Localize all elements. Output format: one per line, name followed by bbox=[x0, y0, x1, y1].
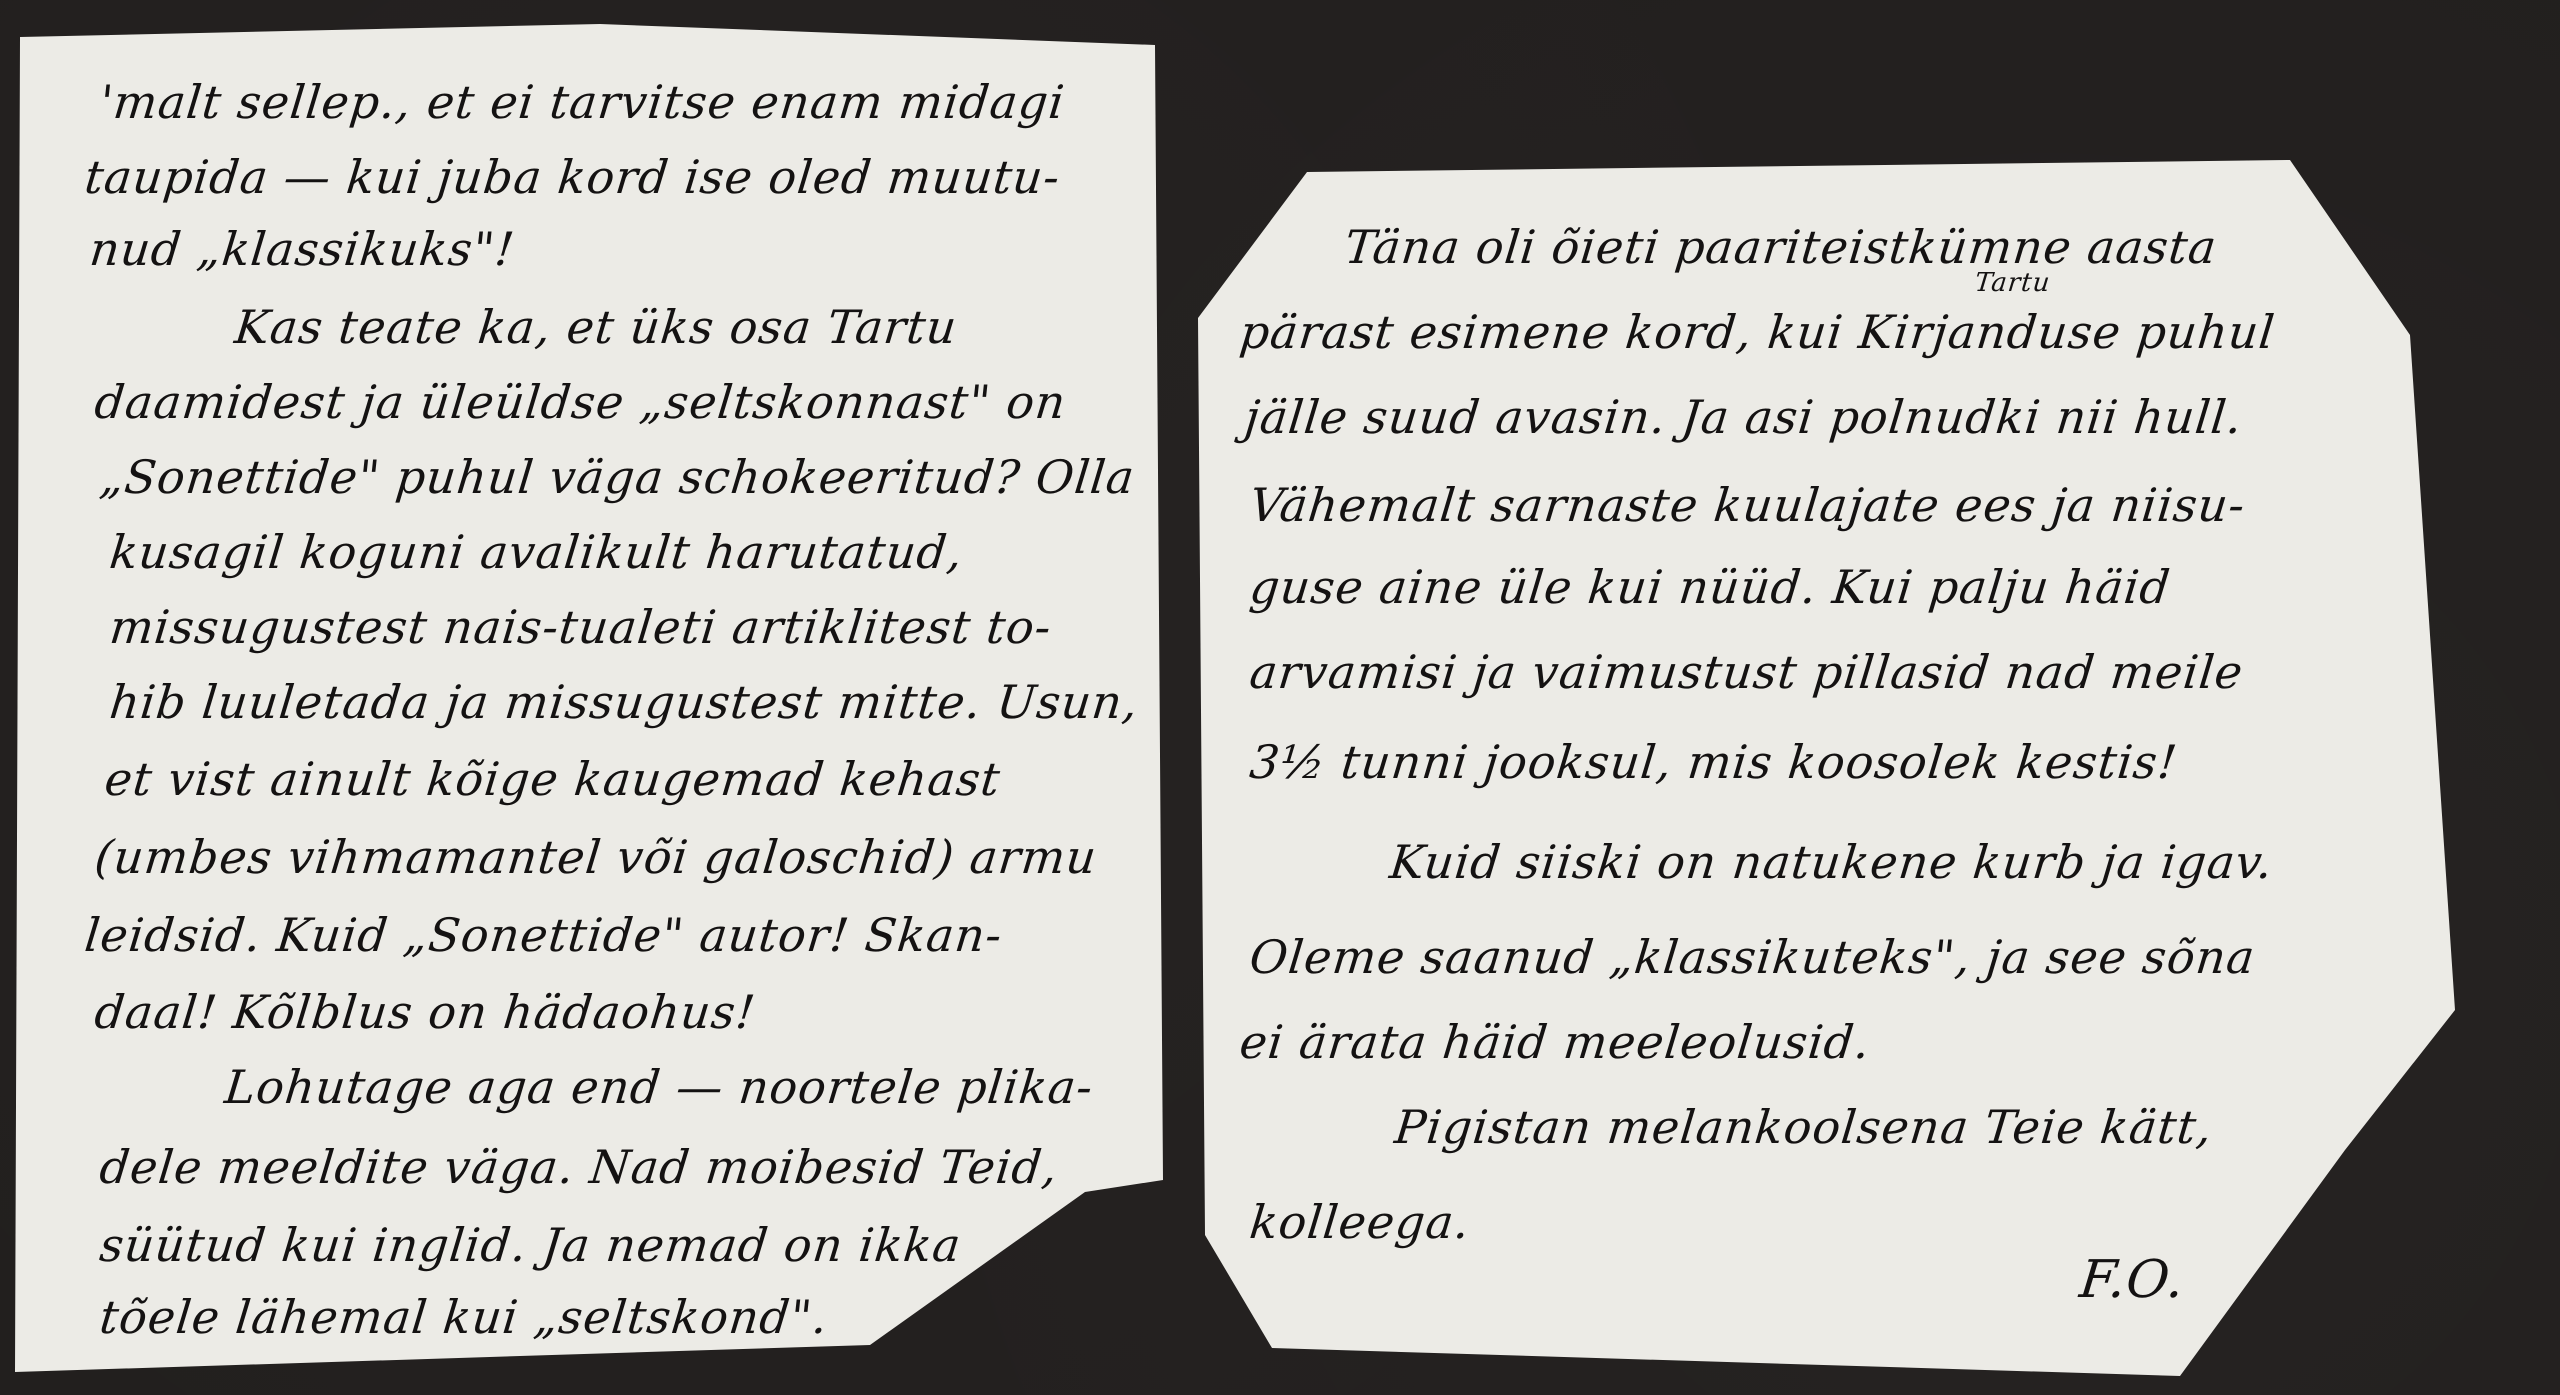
left-line-11: (umbes vihmamantel või galoschid) armu bbox=[92, 830, 1100, 884]
left-line-5: daamidest ja üleüldse „seltskonnast" on bbox=[92, 375, 1069, 429]
right-line-6: arvamisi ja vaimustust pillasid nad meil… bbox=[1247, 645, 2246, 699]
left-line-1: 'malt sellep., et ei tarvitse enam midag… bbox=[97, 75, 1067, 129]
right-line-2: pärast esimene kord, kui Kirjanduse puhu… bbox=[1237, 305, 2278, 359]
right-line-3: jälle suud avasin. Ja asi polnudki nii h… bbox=[1242, 390, 2245, 444]
right-line-12: kolleega. bbox=[1247, 1195, 1473, 1249]
right-line-7: 3½ tunni jooksul, mis koosolek kestis! bbox=[1247, 735, 2180, 789]
left-line-12: leidsid. Kuid „Sonettide" autor! Skan- bbox=[82, 908, 1005, 962]
left-line-14: Lohutage aga end — noortele plika- bbox=[222, 1060, 1096, 1114]
signature: F.O. bbox=[2077, 1250, 2188, 1310]
left-line-7: kusagil koguni avalikult harutatud, bbox=[107, 525, 966, 579]
left-line-16: süütud kui inglid. Ja nemad on ikka bbox=[97, 1218, 964, 1272]
right-line-8: Kuid siiski on natukene kurb ja igav. bbox=[1387, 835, 2276, 889]
right-line-11: Pigistan melankoolsena Teie kätt, bbox=[1392, 1100, 2215, 1154]
right-insertion-tartu: Tartu bbox=[1973, 268, 2052, 298]
left-line-13: daal! Kõlblus on hädaohus! bbox=[92, 985, 758, 1039]
right-line-4: Vähemalt sarnaste kuulajate ees ja niisu… bbox=[1247, 478, 2248, 532]
right-line-9: Oleme saanud „klassikuteks", ja see sõna bbox=[1247, 930, 2258, 984]
right-line-1: Täna oli õieti paariteistkümne aasta bbox=[1342, 220, 2220, 274]
left-line-6: „Sonettide" puhul väga schokeeritud? Oll… bbox=[97, 450, 1137, 504]
left-line-8: missugustest nais-tualeti artiklitest to… bbox=[107, 600, 1054, 654]
left-line-3: nud „klassikuks"! bbox=[87, 222, 517, 276]
left-line-2: taupida — kui juba kord ise oled muutu- bbox=[82, 150, 1063, 204]
left-line-4: Kas teate ka, et üks osa Tartu bbox=[232, 300, 960, 354]
letter-page-left: 'malt sellep., et ei tarvitse enam midag… bbox=[0, 0, 1200, 1395]
left-line-9: hib luuletada ja missugustest mitte. Usu… bbox=[107, 675, 1141, 729]
left-line-15: dele meeldite väga. Nad moibesid Teid, bbox=[97, 1140, 1061, 1194]
left-line-10: et vist ainult kõige kaugemad kehast bbox=[102, 752, 1003, 806]
left-line-17: tõele lähemal kui „seltskond". bbox=[97, 1290, 831, 1344]
right-line-10: ei ärata häid meeleolusid. bbox=[1237, 1015, 1873, 1069]
right-line-5: guse aine üle kui nüüd. Kui palju häid bbox=[1247, 560, 2173, 614]
